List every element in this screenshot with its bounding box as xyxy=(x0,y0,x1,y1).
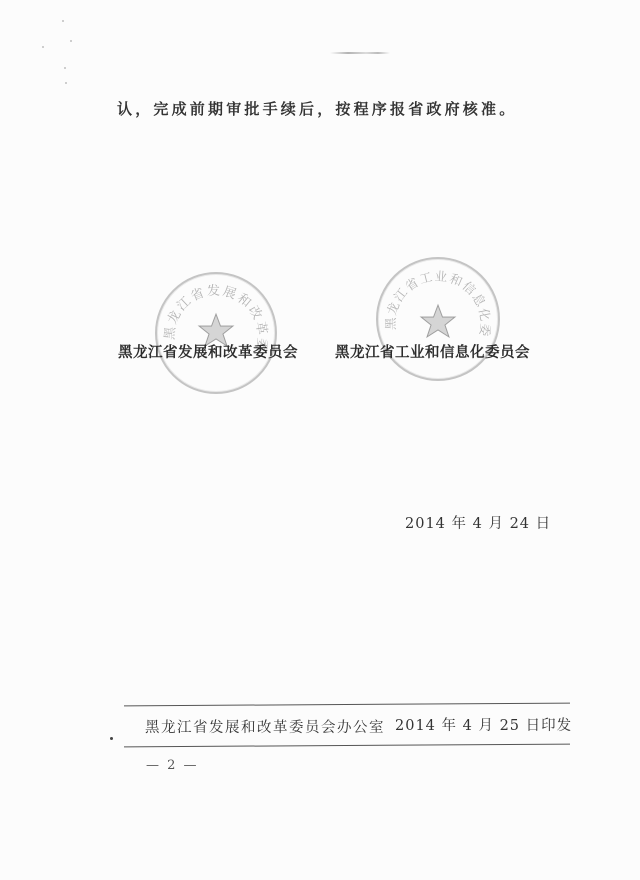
scan-speck xyxy=(70,40,72,42)
body-text: 认，完成前期审批手续后，按程序报省政府核准。 xyxy=(117,98,517,119)
footer-rule-top xyxy=(124,703,570,707)
scan-speck xyxy=(62,20,64,22)
official-seal-development-reform: 黑龙江省发展和改革委员会 xyxy=(155,272,277,394)
official-seal-industry-it: 黑龙江省工业和信息化委员会 xyxy=(376,257,500,381)
scan-speck xyxy=(42,46,44,48)
scan-speck xyxy=(64,67,66,69)
signatory-development-reform: 黑龙江省发展和改革委员会 xyxy=(118,341,298,362)
page-number: — 2 — xyxy=(146,758,199,773)
scan-speck xyxy=(65,82,67,84)
star-icon xyxy=(421,305,455,337)
document-page: 认，完成前期审批手续后，按程序报省政府核准。 黑龙江省发展和改革委员会 黑龙江省… xyxy=(0,0,640,880)
seal-graphic: 黑龙江省发展和改革委员会 xyxy=(157,274,275,392)
signing-date: 2014 年 4 月 24 日 xyxy=(405,512,551,533)
scan-artifact xyxy=(330,52,390,54)
scan-speck xyxy=(110,737,113,740)
footer-issue-date: 2014 年 4 月 25 日印发 xyxy=(395,714,572,735)
footer-rule-bottom xyxy=(124,744,570,748)
signatory-industry-it: 黑龙江省工业和信息化委员会 xyxy=(335,341,530,362)
footer-issuer: 黑龙江省发展和改革委员会办公室 xyxy=(145,716,385,737)
